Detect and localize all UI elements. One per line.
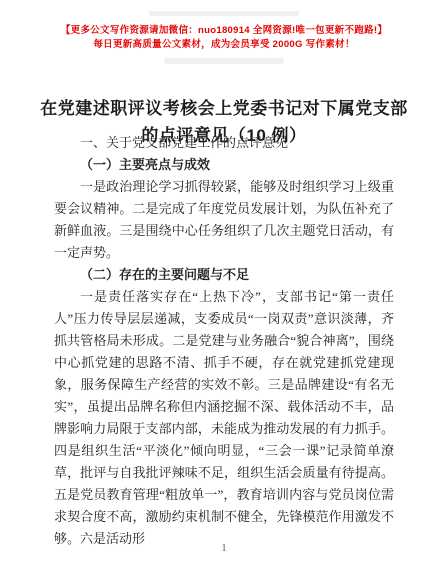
promo-notice-line-2: 每日更新高质量公文素材，成为会员享受 2000G 写作素材！: [0, 38, 448, 52]
paragraph-section-heading: 一、关于党支部党建工作的点评意见: [54, 132, 394, 154]
document-body: 一、关于党支部党建工作的点评意见 （一）主要亮点与成效 一是政治理论学习抓得较紧…: [54, 132, 394, 550]
paragraph-problems-text: 一是责任落实存在“上热下冷”，支部书记“第一责任人”压力传导层层递减，支委成员“…: [54, 286, 394, 550]
promo-notice-line-1: 【更多公文写作资源请加微信：nuo180914 全网资源!唯一包更新不跑路!】: [0, 24, 448, 38]
page-number: 1: [0, 543, 448, 554]
paragraph-achievements-text: 一是政治理论学习抓得较紧，能够及时组织学习上级重要会议精神。二是完成了年度党员发…: [54, 176, 394, 264]
promo-notice: 【更多公文写作资源请加微信：nuo180914 全网资源!唯一包更新不跑路!】 …: [0, 24, 448, 52]
paragraph-subheading-problems: （二）存在的主要问题与不足: [54, 264, 394, 286]
blur-artifact-bottom: [164, 58, 284, 64]
paragraph-subheading-achievements: （一）主要亮点与成效: [54, 154, 394, 176]
blur-artifact-top: [149, 11, 299, 16]
document-page: 【更多公文写作资源请加微信：nuo180914 全网资源!唯一包更新不跑路!】 …: [0, 0, 448, 580]
